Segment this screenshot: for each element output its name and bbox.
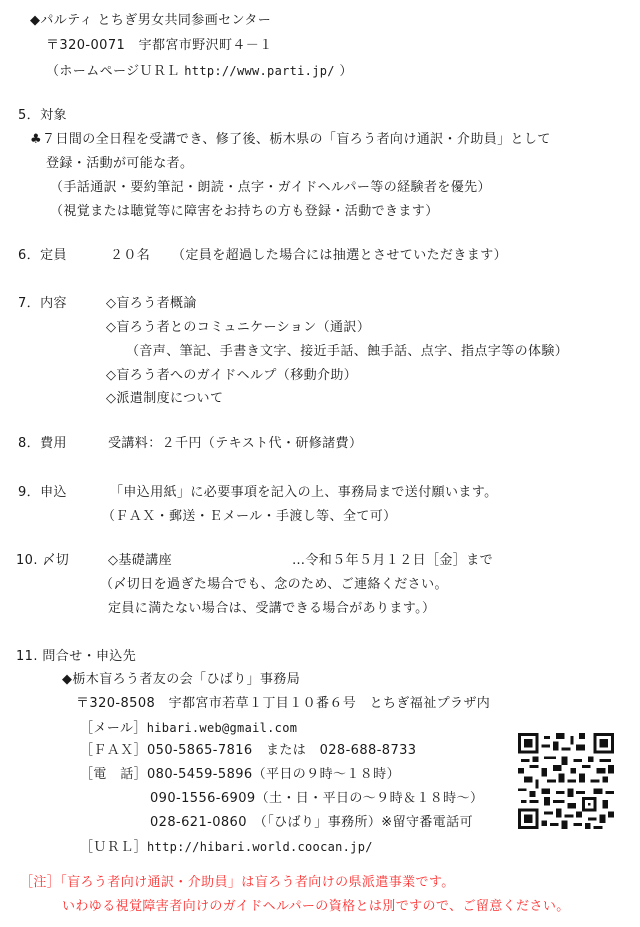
deadline-course: ◇基礎講座 — [108, 552, 172, 570]
capacity-value: ２０名 — [110, 247, 150, 265]
section-contact-heading: 11. 問合せ・申込先 — [16, 648, 136, 666]
qr-code-icon — [518, 733, 614, 829]
url-label: ［ＵＲＬ］ — [80, 840, 147, 855]
homepage-prefix: （ホームページＵＲＬ — [46, 64, 184, 79]
tel-value-2: 090-1556-6909（土・日・平日の～９時＆１８時～） — [150, 790, 483, 808]
deadline-note-2: 定員に満たない場合は、受講できる場合があります。） — [108, 600, 435, 618]
venue-name: ◆パルティ とちぎ男女共同参画センター — [30, 12, 271, 30]
section-target-heading: 5．対象 — [18, 107, 67, 125]
section-apply-heading: 9．申込 — [18, 484, 67, 502]
contact-tel-row: ［電 話］080-5459-5896（平日の９時～１８時） — [80, 766, 400, 784]
tel-label: ［電 話］ — [80, 767, 147, 782]
target-line-2: 登録・活動が可能な者。 — [46, 155, 193, 173]
content-item: ◇盲ろう者とのコミュニケーション（通訳） — [106, 319, 370, 337]
content-item: （音声、筆記、手書き文字、接近手話、蝕手話、点字、指点字等の体験） — [126, 343, 568, 361]
tel-value-1: 080-5459-5896（平日の９時～１８時） — [147, 767, 400, 782]
homepage-link[interactable]: http://www.parti.jp/ — [184, 64, 335, 78]
fee-value: 受講料：２千円（テキスト代・研修諸費） — [108, 435, 362, 453]
venue-address: 〒320-0071 宇都宮市野沢町４－１ — [46, 37, 273, 55]
section-content-heading: 7．内容 — [18, 295, 67, 313]
fax-label: ［ＦＡＸ］ — [80, 743, 147, 758]
contact-address: 〒320-8508 宇都宮市若草１丁目１０番６号 とちぎ福祉プラザ内 — [76, 695, 490, 713]
capacity-note: （定員を超過した場合には抽選とさせていただきます） — [172, 247, 507, 265]
contact-fax-row: ［ＦＡＸ］050-5865-7816 または 028-688-8733 — [80, 742, 416, 760]
target-line-3: （手話通訳・要約筆記・朗読・点字・ガイドヘルパー等の経験者を優先） — [50, 179, 491, 197]
contact-org: ◆栃木盲ろう者友の会「ひばり」事務局 — [62, 671, 300, 689]
note-line-2: いわゆる視覚障害者向けのガイドヘルパーの資格とは別ですので、ご留意ください。 — [62, 898, 570, 916]
apply-line-1: 「申込用紙」に必要事項を記入の上、事務局まで送付願います。 — [110, 484, 498, 502]
venue-homepage: （ホームページＵＲＬ http://www.parti.jp/ ） — [46, 62, 353, 81]
section-deadline-heading: 10. 〆切 — [16, 552, 69, 570]
target-line-4: （視覚または聴覚等に障害をお持ちの方も登録・活動できます） — [50, 203, 439, 221]
apply-line-2: （ＦＡＸ・郵送・Ｅメール・手渡し等、全て可） — [102, 508, 397, 526]
content-item: ◇派遣制度について — [106, 390, 223, 408]
contact-mail-row: ［メール］hibari.web@gmail.com — [80, 719, 297, 738]
content-item: ◇盲ろう者へのガイドヘルプ（移動介助） — [106, 367, 357, 385]
homepage-suffix: ） — [335, 64, 353, 79]
fax-value: 050-5865-7816 または 028-688-8733 — [147, 743, 416, 758]
url-link[interactable]: http://hibari.world.coocan.jp/ — [147, 840, 373, 854]
mail-label: ［メール］ — [80, 721, 147, 736]
section-fee-heading: 8．費用 — [18, 435, 67, 453]
note-line-1: ［注］「盲ろう者向け通訳・介助員」は盲ろう者向けの県派遣事業です。 — [20, 874, 455, 892]
section-capacity-heading: 6．定員 — [18, 247, 67, 265]
tel-value-3: 028-621-0860 （「ひばり」事務所）※留守番電話可 — [150, 814, 473, 832]
content-item: ◇盲ろう者概論 — [106, 295, 197, 313]
contact-url-row: ［ＵＲＬ］http://hibari.world.coocan.jp/ — [80, 838, 373, 857]
mail-link[interactable]: hibari.web@gmail.com — [147, 721, 298, 735]
deadline-note-1: （〆切日を過ぎた場合でも、念のため、ご連絡ください。 — [100, 576, 448, 594]
target-line-1: ♣７日間の全日程を受講でき、修了後、栃木県の「盲ろう者向け通訳・介助員」として — [30, 131, 551, 149]
deadline-date: …令和５年５月１２日［金］まで — [292, 552, 493, 570]
